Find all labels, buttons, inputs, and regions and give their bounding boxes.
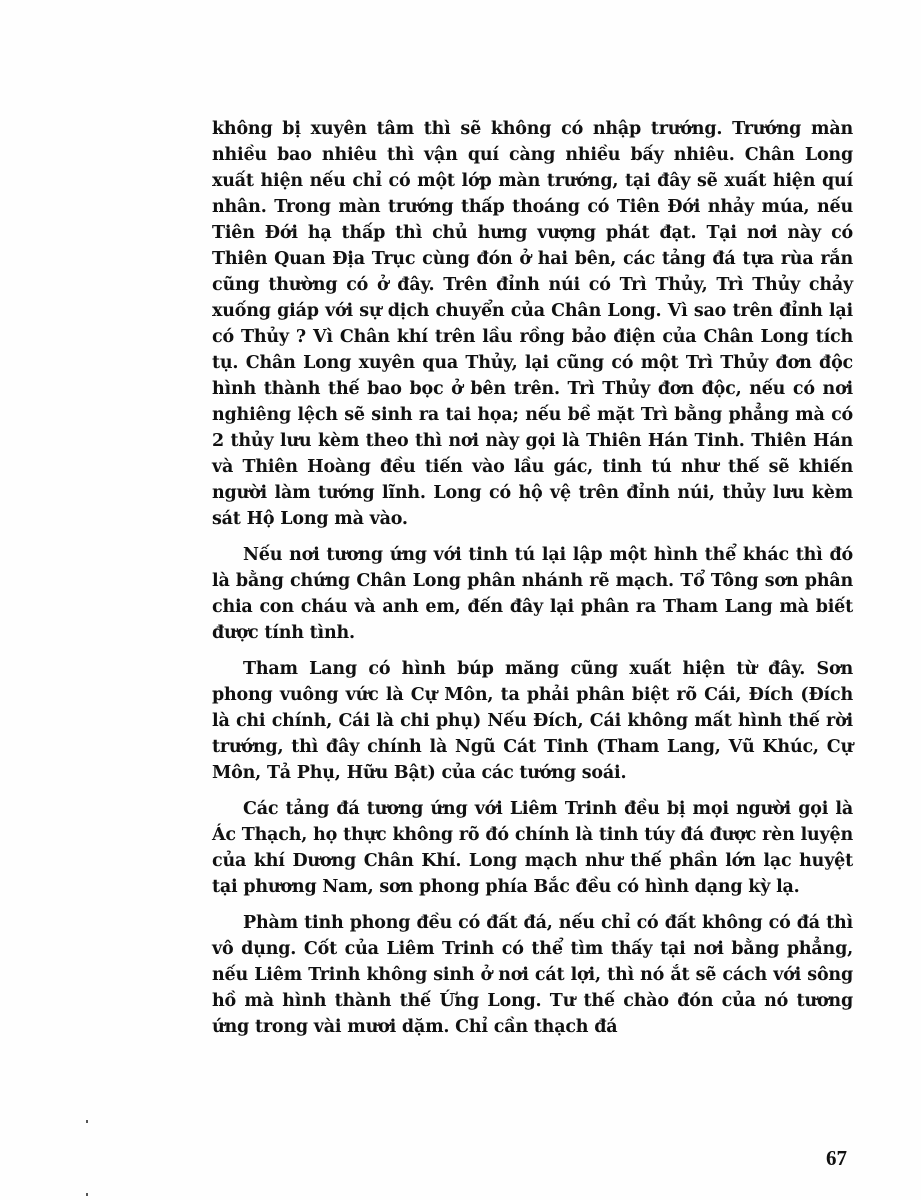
- paragraph-4: Các tảng đá tương ứng với Liêm Trinh đều…: [212, 796, 853, 900]
- book-page: không bị xuyên tâm thì sẽ không có nhập …: [0, 0, 921, 1200]
- body-text: không bị xuyên tâm thì sẽ không có nhập …: [212, 116, 853, 1050]
- paragraph-3: Tham Lang có hình búp măng cũng xuất hiệ…: [212, 656, 853, 786]
- paragraph-1: không bị xuyên tâm thì sẽ không có nhập …: [212, 116, 853, 532]
- page-number: 67: [826, 1146, 847, 1171]
- scan-speck: [86, 1193, 88, 1196]
- scan-speck: [86, 1120, 88, 1123]
- paragraph-5: Phàm tinh phong đều có đất đá, nếu chỉ c…: [212, 910, 853, 1040]
- paragraph-2: Nếu nơi tương ứng với tinh tú lại lập mộ…: [212, 542, 853, 646]
